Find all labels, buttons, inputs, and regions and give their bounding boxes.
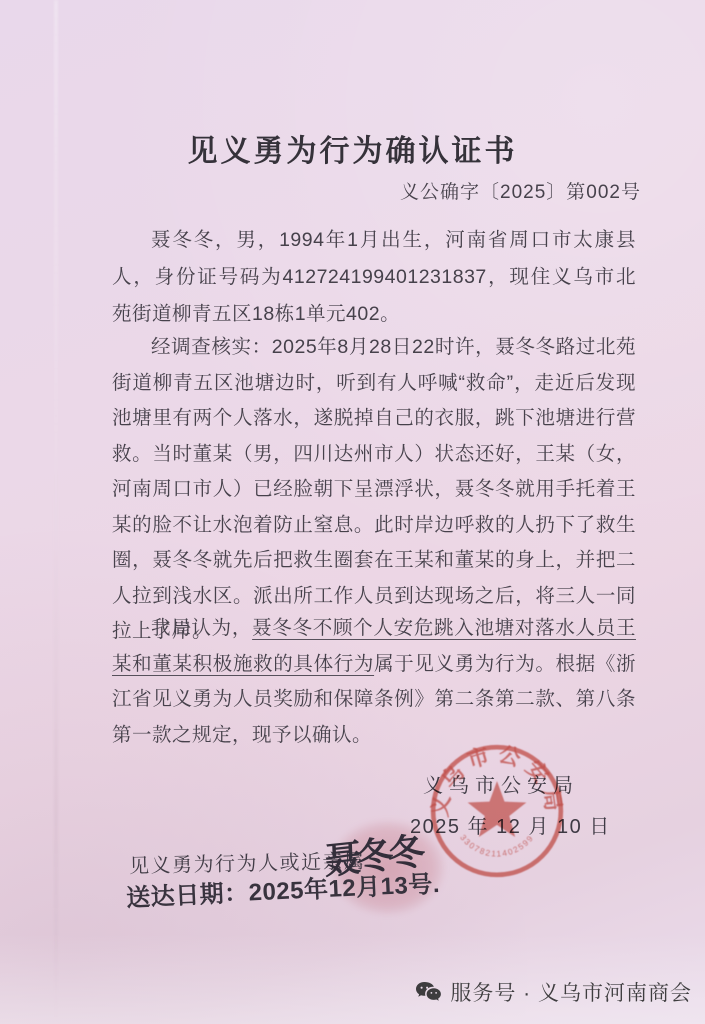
footer-text: 服务号 · 义乌市河南商会 — [450, 977, 692, 1007]
certificate-number: 义公确字〔2025〕第002号 — [400, 177, 641, 204]
conclusion-prefix: 我局认为， — [151, 617, 252, 639]
body-paragraph-identity: 聂冬冬，男，1994年1月出生，河南省周口市太康县人，身份证号码为4127241… — [112, 222, 636, 333]
body-paragraph-conclusion: 我局认为，聂冬冬不顾个人安危跳入池塘对落水人员王某和董某积极施救的具体行为属于见… — [112, 611, 636, 753]
body-paragraph-facts: 经调查核实：2025年8月28日22时许，聂冬冬路过北苑街道柳青五区池塘边时，听… — [112, 330, 636, 650]
issue-date: 2025 年 12 月 10 日 — [410, 810, 611, 839]
certificate-photo: 见义勇为行为确认证书 义公确字〔2025〕第002号 聂冬冬，男，1994年1月… — [0, 0, 705, 1024]
wechat-icon — [415, 981, 442, 1004]
issuing-agency: 义乌市公安局 — [423, 769, 579, 798]
footer-bar: 服务号 · 义乌市河南商会 — [415, 977, 692, 1007]
certificate-title: 见义勇为行为确认证书 — [0, 126, 705, 170]
